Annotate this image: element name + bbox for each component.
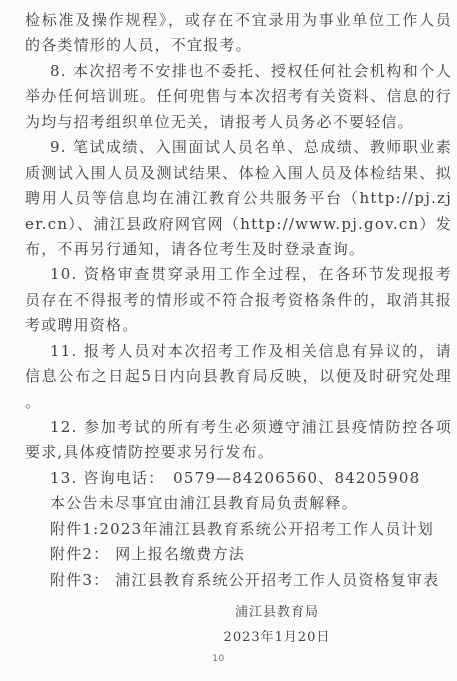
- text-line: 信息公布之日起5日内向县教育局反映，以便及时研究处理: [25, 364, 452, 389]
- document-page: 检标准及操作规程》，或存在不宜录用为事业单位工作人员的各类情形的人员，不宜报考。…: [0, 0, 457, 681]
- text-line: 。: [25, 390, 452, 415]
- text-line: 聘用人员等信息均在浦江教育公共服务平台（http://pj.zj: [25, 186, 452, 211]
- text-line: 员存在不得报考的情形或不符合报考资格条件的，取消其报: [25, 288, 452, 313]
- text-line: 12. 参加考试的所有考生必须遵守浦江县疫情防控各项: [25, 415, 452, 440]
- text-line: er.cn）、浦江县政府网官网（http://www.pj.gov.cn）发: [25, 212, 452, 237]
- text-line: 检标准及操作规程》，或存在不宜录用为事业单位工作人员: [25, 8, 452, 33]
- text-line: 为均与招考组织单位无关，请报考人员务必不要轻信。: [25, 110, 452, 135]
- text-line: 10. 资格审查贯穿录用工作全过程，在各环节发现报考人: [25, 262, 452, 287]
- text-line: 9. 笔试成绩、入围面试人员名单、总成绩、教师职业素: [25, 135, 452, 160]
- text-line: 11. 报考人员对本次招考工作及相关信息有异议的，请在: [25, 339, 452, 364]
- text-line: 质测试入围人员及测试结果、体检入围人员及体检结果、拟: [25, 161, 452, 186]
- text-line: 考或聘用资格。: [25, 313, 452, 338]
- text-line: 附件3： 浦江县教育系统公开招考工作人员资格复审表: [25, 568, 452, 593]
- signature-date: 2023年1月20日: [207, 625, 347, 650]
- signature-block: 浦江县教育局 2023年1月20日: [207, 600, 347, 650]
- text-line: 附件2： 网上报名缴费方法: [25, 542, 452, 567]
- text-line: 8. 本次招考不安排也不委托、授权任何社会机构和个人: [25, 59, 452, 84]
- signature-name: 浦江县教育局: [207, 600, 347, 625]
- text-line: 举办任何培训班。任何兜售与本次招考有关资料、信息的行: [25, 84, 452, 109]
- text-line: 13. 咨询电话： 0579—84206560、84205908: [25, 466, 452, 491]
- page-number: 10: [0, 654, 437, 664]
- text-line: 附件1:2023年浦江县教育系统公开招考工作人员计划: [25, 517, 452, 542]
- text-line: 布，不再另行通知，请各位考生及时登录查询。: [25, 237, 452, 262]
- text-line: 要求,具体疫情防控要求另行发布。: [25, 440, 452, 465]
- text-line: 的各类情形的人员，不宜报考。: [25, 33, 452, 58]
- text-line: 本公告未尽事宜由浦江县教育局负责解释。: [25, 491, 452, 516]
- document-body: 检标准及操作规程》，或存在不宜录用为事业单位工作人员的各类情形的人员，不宜报考。…: [0, 0, 457, 593]
